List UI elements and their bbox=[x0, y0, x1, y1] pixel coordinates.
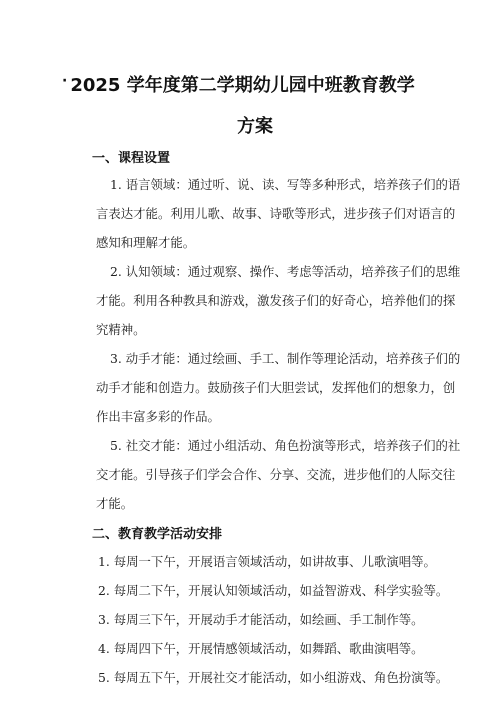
paragraph-line: 作出丰富多彩的作品。 bbox=[96, 407, 220, 425]
paragraph-line: 交才能。引导孩子们学会合作、分享、交流，进步他们的人际交往 bbox=[96, 465, 455, 483]
document-page: ·2025 学年度第二学期幼儿园中班教育教学 方案 一、课程设置 1. 语言领域… bbox=[0, 0, 500, 707]
schedule-item: 1. 每周一下午，开展语言领域活动，如讲故事、儿歌演唱等。 bbox=[98, 552, 436, 570]
paragraph-line: 1. 语言领域：通过听、说、读、写等多种形式，培养孩子们的语 bbox=[110, 175, 460, 193]
paragraph-line: 才能。 bbox=[96, 494, 133, 512]
title-dot: · bbox=[62, 73, 67, 89]
paragraph-line: 言表达才能。利用儿歌、故事、诗歌等形式，进步孩子们对语言的 bbox=[96, 204, 455, 222]
paragraph-line: 2. 认知领域：通过观察、操作、考虑等活动，培养孩子们的思维 bbox=[110, 262, 460, 280]
schedule-item: 3. 每周三下午，开展动手才能活动，如绘画、手工制作等。 bbox=[98, 610, 424, 628]
section-heading-activity-schedule: 二、教育教学活动安排 bbox=[92, 523, 222, 542]
paragraph-line: 5. 社交才能：通过小组活动、角色扮演等形式，培养孩子们的社 bbox=[110, 436, 460, 454]
paragraph-line: 才能。利用各种教具和游戏，激发孩子们的好奇心，培养他们的探 bbox=[96, 291, 455, 309]
schedule-item: 2. 每周二下午，开展认知领域活动，如益智游戏、科学实验等。 bbox=[98, 581, 448, 599]
section-heading-course-setup: 一、课程设置 bbox=[92, 147, 170, 166]
schedule-item: 4. 每周四下午，开展情感领域活动，如舞蹈、歌曲演唱等。 bbox=[98, 639, 424, 657]
schedule-item: 5. 每周五下午，开展社交才能活动，如小组游戏、角色扮演等。 bbox=[98, 668, 448, 686]
paragraph-line: 3. 动手才能：通过绘画、手工、制作等理论活动，培养孩子们的 bbox=[110, 349, 460, 367]
paragraph-line: 动手才能和创造力。鼓励孩子们大胆尝试，发挥他们的想象力，创 bbox=[96, 378, 455, 396]
title-text: 2025 学年度第二学期幼儿园中班教育教学 bbox=[70, 75, 414, 96]
paragraph-line: 感知和理解才能。 bbox=[96, 233, 195, 251]
paragraph-line: 究精神。 bbox=[96, 320, 146, 338]
document-title-line1: ·2025 学年度第二学期幼儿园中班教育教学 bbox=[62, 71, 442, 97]
document-title-line2: 方案 bbox=[70, 112, 440, 138]
